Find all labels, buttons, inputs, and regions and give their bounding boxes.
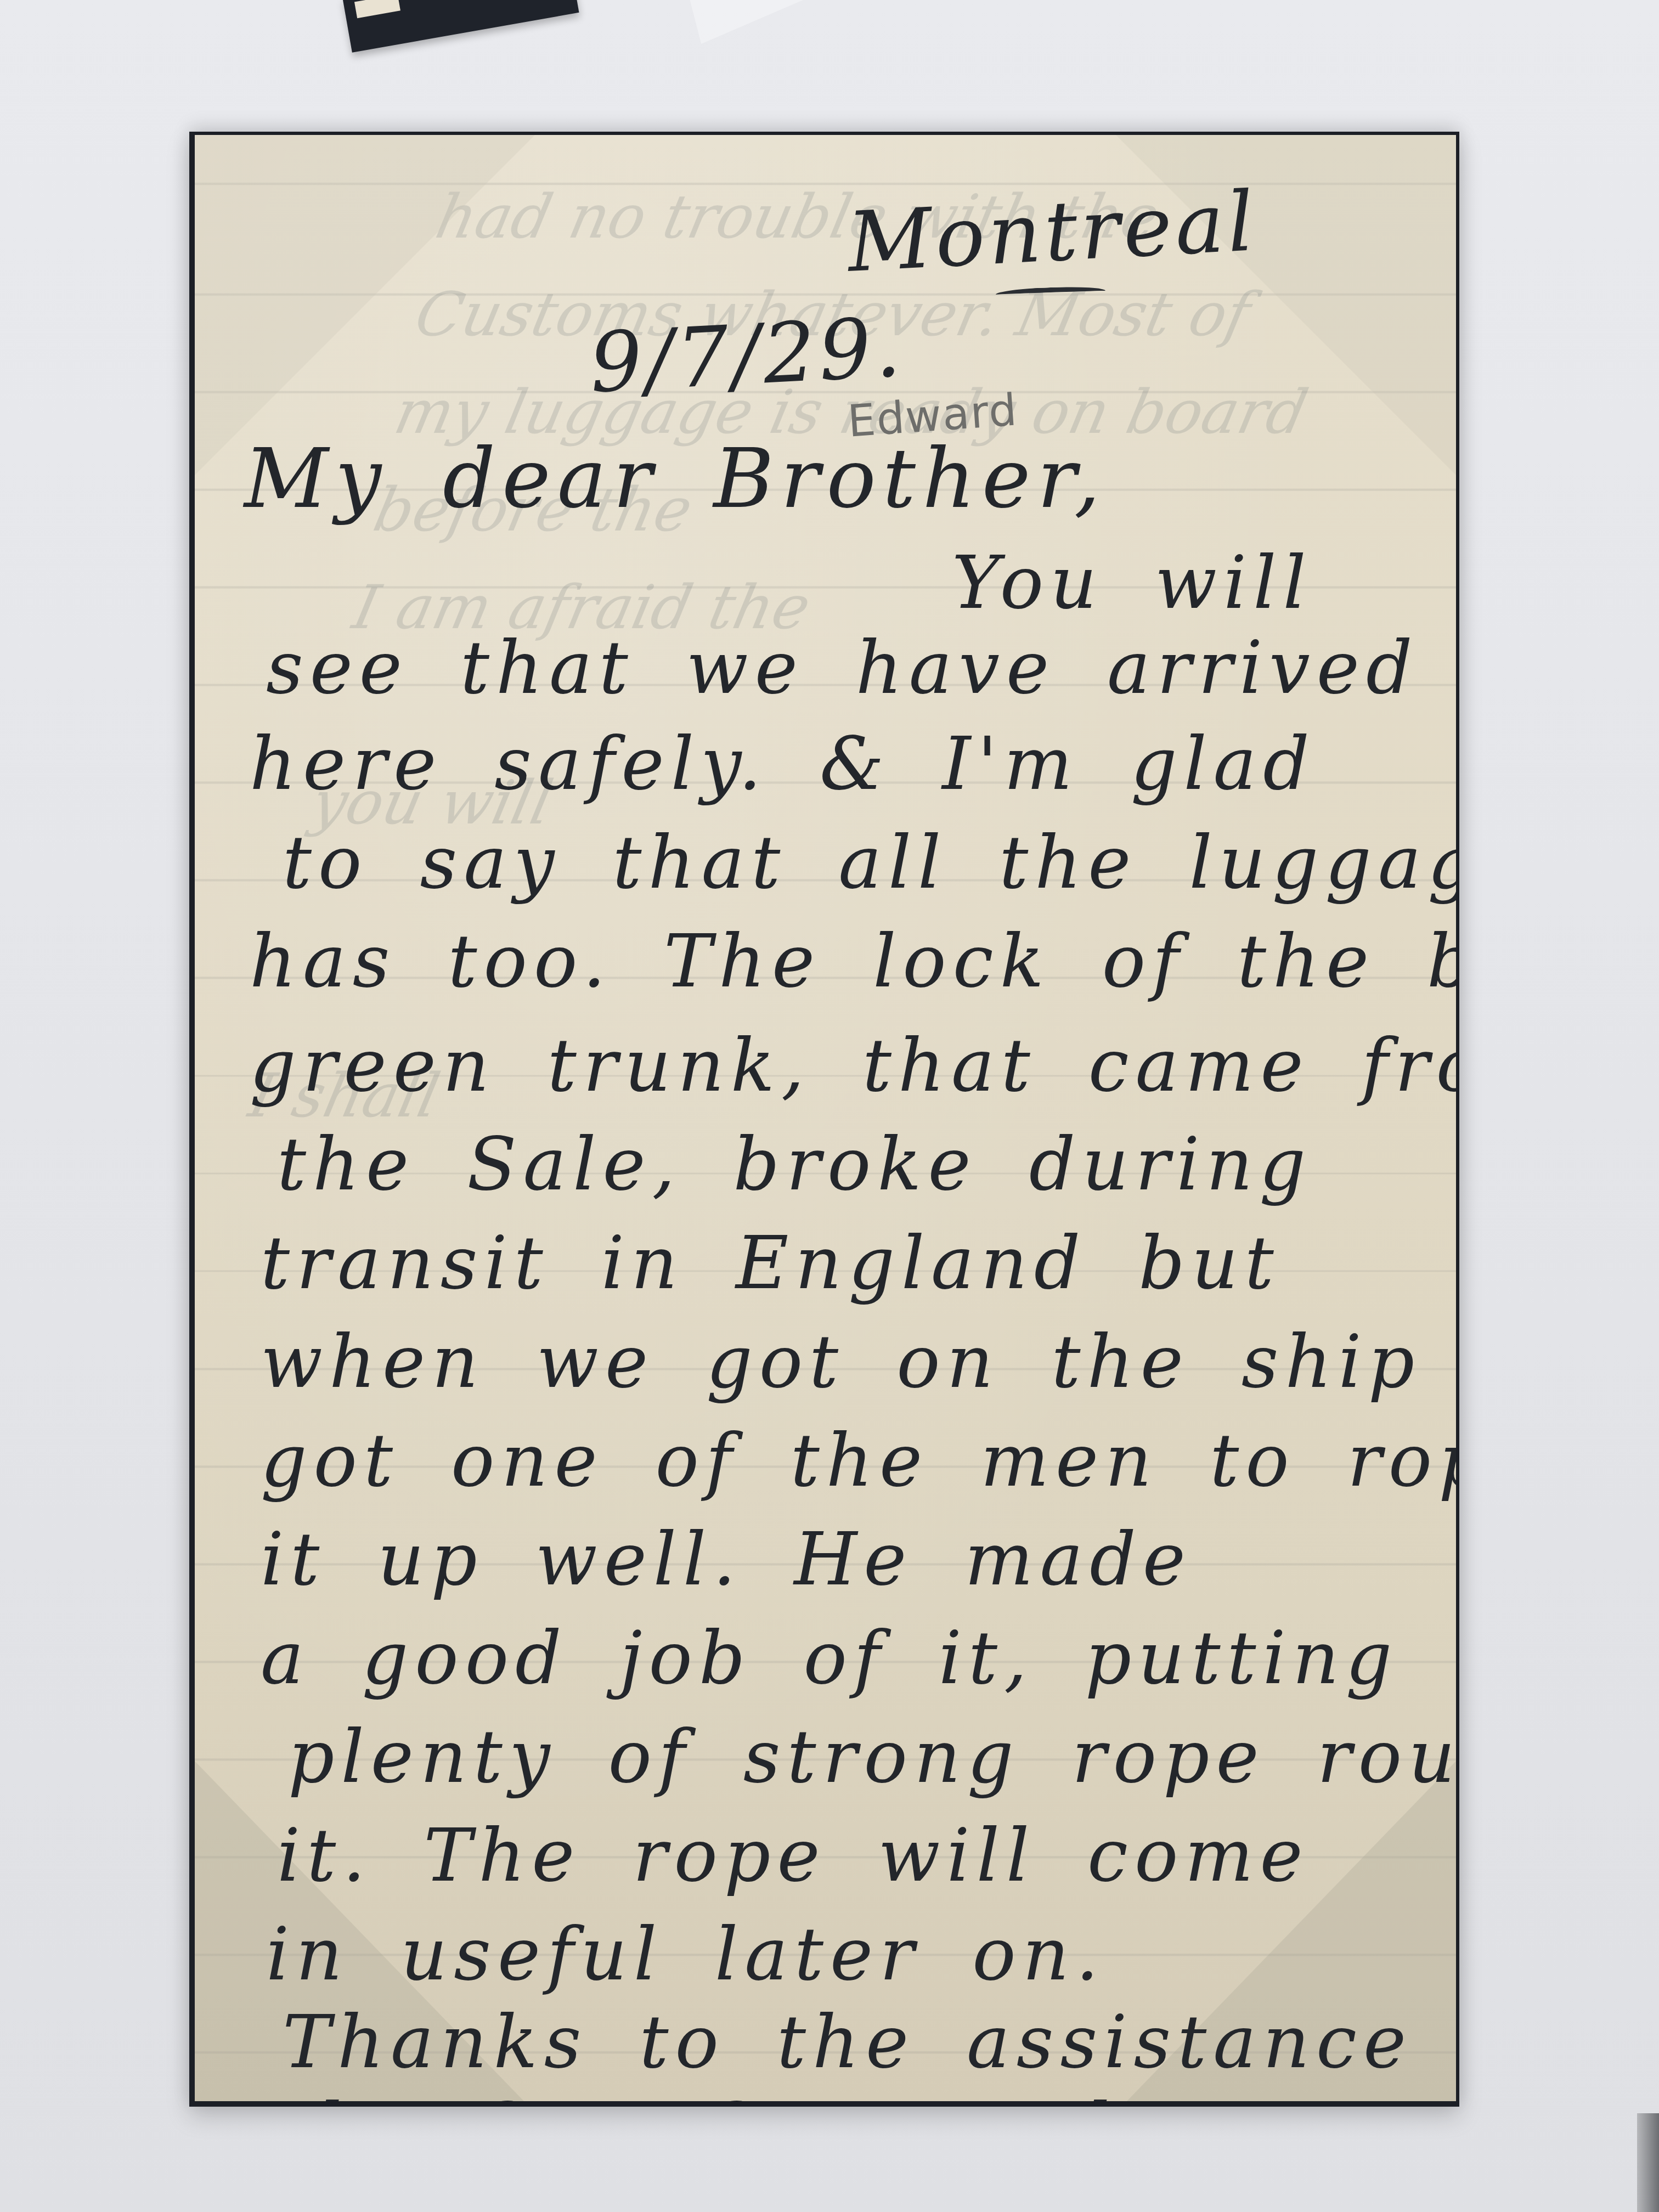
glass-sleeve-edge [689, 0, 816, 44]
letter-line: Thanks to the assistance of [283, 2000, 1456, 2085]
letter-line: got one of the men to rope [261, 1419, 1456, 1503]
letter-line: see that we have arrived [266, 626, 1419, 710]
letter-body: You will see that we have arrived here s… [195, 135, 1456, 2101]
letter-line: to say that all the luggage [283, 821, 1456, 905]
letter-line: transit in England but [261, 1221, 1280, 1306]
edge-object [1637, 2113, 1659, 2212]
letter-line: a good job of it, putting [261, 1616, 1398, 1701]
letter-line: the Sale, broke during [277, 1122, 1312, 1207]
letter-line: it up well. He made [261, 1517, 1192, 1602]
letter-mount: had no trouble with the Customs whatever… [189, 132, 1459, 2107]
letter-line: plenty of strong rope round [288, 1715, 1456, 1799]
letter-line: in useful later on. [266, 1912, 1105, 1997]
letter-page: had no trouble with the Customs whatever… [195, 135, 1456, 2101]
letter-line: it. The rope will come [277, 1814, 1310, 1898]
letter-line: here safely. & I'm glad [250, 722, 1316, 806]
letter-line: green trunk, that came from [250, 1024, 1456, 1108]
letter-line: when we got on the ship I [261, 1320, 1456, 1404]
letter-line: You will [952, 541, 1313, 625]
letter-line: has too. The lock of the big [250, 919, 1456, 1004]
dark-mounted-card [343, 0, 579, 53]
letter-line: the C.A. Captain here I [283, 2088, 1366, 2101]
